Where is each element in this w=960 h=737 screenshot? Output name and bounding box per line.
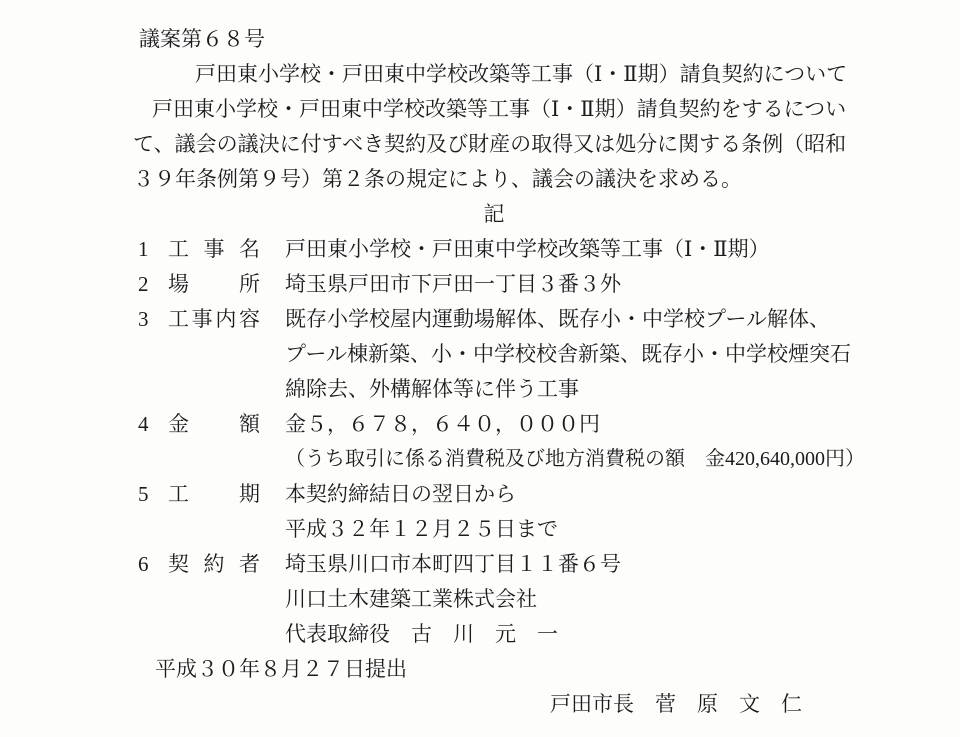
item-row-basho: 2 場所 埼玉県戸田市下戸田一丁目３番３外 bbox=[138, 267, 960, 302]
item-number: 1 bbox=[138, 232, 168, 267]
mayor-signature: 戸田市長 菅 原 文 仁 bbox=[133, 687, 960, 722]
item-row-koujimei: 1 工事名 戸田東小学校・戸田東中学校改築等工事（Ⅰ・Ⅱ期） bbox=[138, 232, 960, 267]
item-label: 契約者 bbox=[168, 547, 260, 582]
item-number: 5 bbox=[138, 477, 168, 512]
item-content: 本契約締結日の翌日から bbox=[285, 477, 516, 512]
body-line: 戸田東小学校・戸田東中学校改築等工事（Ⅰ・Ⅱ期）請負契約をするについ bbox=[133, 92, 960, 127]
contractor-name: 川口土木建築工業株式会社 bbox=[285, 582, 960, 617]
body-line: ３９年条例第９号）第２条の規定により、議会の議決を求める。 bbox=[133, 162, 960, 197]
tax-amount-note: （うち取引に係る消費税及び地方消費税の額 金420,640,000円） bbox=[285, 442, 960, 477]
item-label: 金額 bbox=[168, 407, 260, 442]
contractor-representative: 代表取締役 古 川 元 一 bbox=[285, 617, 960, 652]
contract-amount: 金５，６７８，６４０，０００円 bbox=[285, 407, 600, 442]
body-line: て、議会の議決に付すべき契約及び財産の取得又は処分に関する条例（昭和 bbox=[133, 127, 960, 162]
item-number: 6 bbox=[138, 547, 168, 582]
item-label: 工事名 bbox=[168, 232, 260, 267]
item-content-continued: プール棟新築、小・中学校校舎新築、既存小・中学校煙突石 bbox=[285, 337, 960, 372]
document-title: 戸田東小学校・戸田東中学校改築等工事（Ⅰ・Ⅱ期）請負契約について bbox=[195, 57, 960, 92]
item-content: 戸田東小学校・戸田東中学校改築等工事（Ⅰ・Ⅱ期） bbox=[285, 232, 770, 267]
submission-date: 平成３０年８月２７日提出 bbox=[155, 652, 960, 687]
item-content-continued: 平成３２年１２月２５日まで bbox=[285, 512, 960, 547]
record-marker: 記 bbox=[133, 197, 855, 232]
item-row-kouji-naiyou: 3 工事内容 既存小学校屋内運動場解体、既存小・中学校プール解体、 bbox=[138, 302, 960, 337]
item-row-kingaku: 4 金額 金５，６７８，６４０，０００円 bbox=[138, 407, 960, 442]
item-row-keiyakusha: 6 契約者 埼玉県川口市本町四丁目１１番６号 bbox=[138, 547, 960, 582]
document-page: 議案第６８号 戸田東小学校・戸田東中学校改築等工事（Ⅰ・Ⅱ期）請負契約について … bbox=[0, 0, 960, 737]
item-number: 2 bbox=[138, 267, 168, 302]
item-label: 場所 bbox=[168, 267, 260, 302]
item-number: 4 bbox=[138, 407, 168, 442]
item-content: 既存小学校屋内運動場解体、既存小・中学校プール解体、 bbox=[285, 302, 830, 337]
contractor-address: 埼玉県川口市本町四丁目１１番６号 bbox=[285, 547, 621, 582]
bill-number: 議案第６８号 bbox=[139, 22, 960, 57]
item-number: 3 bbox=[138, 302, 168, 337]
item-label: 工期 bbox=[168, 477, 260, 512]
item-row-kouki: 5 工期 本契約締結日の翌日から bbox=[138, 477, 960, 512]
item-content-continued: 綿除去、外構解体等に伴う工事 bbox=[285, 372, 960, 407]
item-content: 埼玉県戸田市下戸田一丁目３番３外 bbox=[285, 267, 621, 302]
item-label: 工事内容 bbox=[168, 302, 260, 337]
